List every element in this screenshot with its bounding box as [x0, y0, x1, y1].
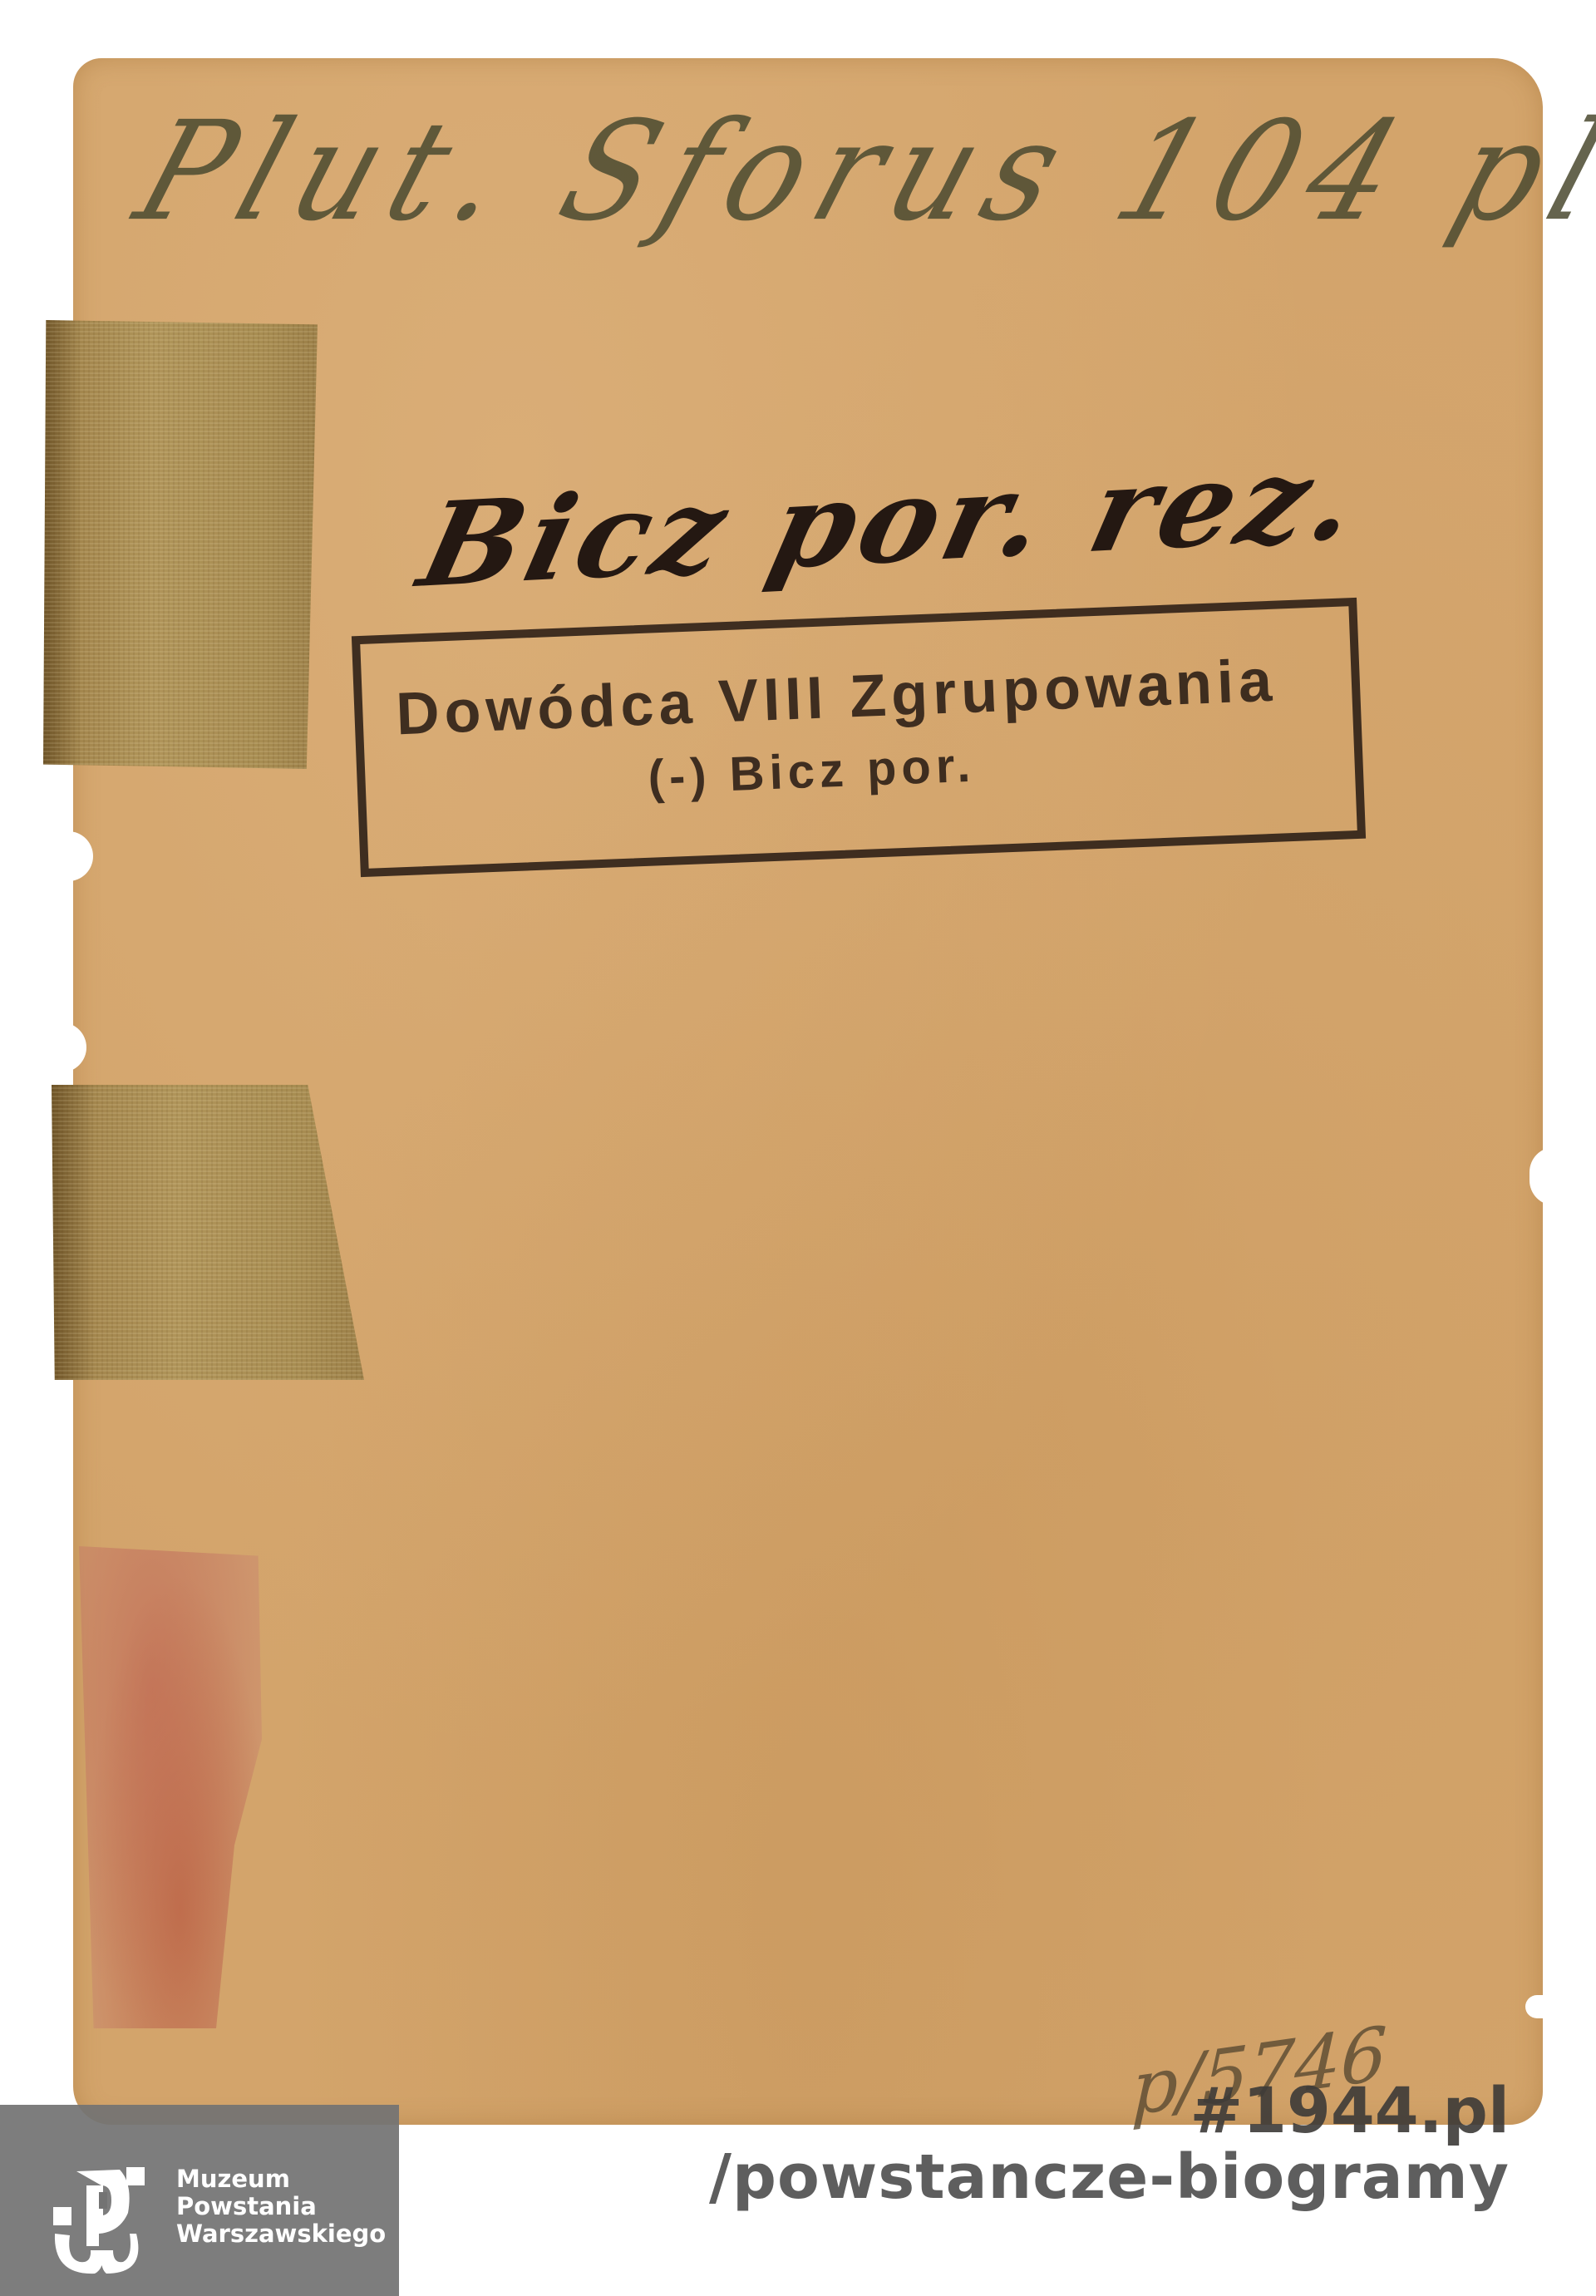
official-stamp: Dowódca VIII Zgrupowania (-) Bicz por.: [352, 598, 1366, 877]
museum-name: Muzeum Powstania Warszawskiego: [176, 2165, 386, 2248]
paper-edge-tear: [1525, 1995, 1559, 2018]
stamp-signatory: (-) Bicz por.: [647, 737, 976, 806]
site-hashtag: #1944.pl: [1190, 2073, 1510, 2147]
museum-logo-box: Muzeum Powstania Warszawskiego: [0, 2105, 399, 2296]
stamp-title: Dowódca VIII Zgrupowania: [395, 647, 1278, 749]
fabric-binding-tab-top: [43, 320, 318, 769]
kotwica-anchor-icon: [53, 2167, 153, 2275]
site-path: /powstancze-biogramy: [709, 2141, 1510, 2213]
handwritten-rank-name: Plut. Sforus 104 pl. 4a: [120, 92, 1596, 251]
